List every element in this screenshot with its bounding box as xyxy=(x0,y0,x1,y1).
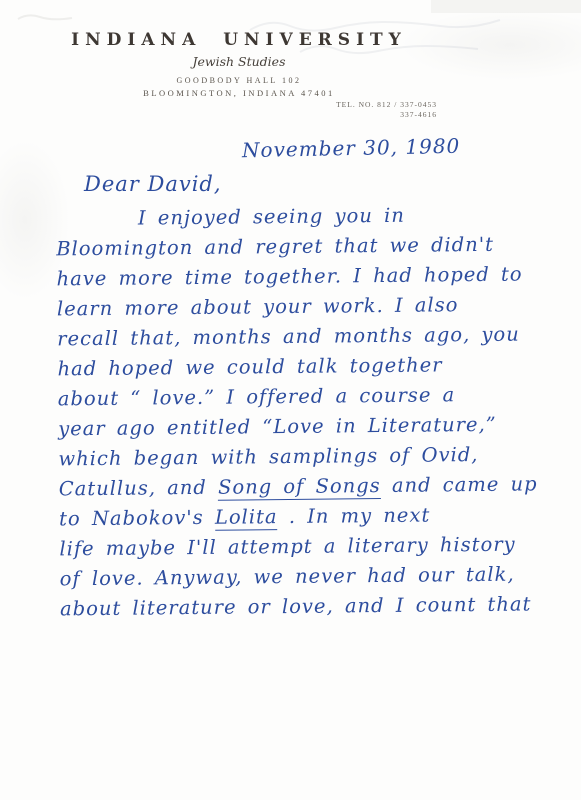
letter-scan-page: INDIANA UNIVERSITY Jewish Studies GOODBO… xyxy=(0,0,581,800)
department-name: Jewish Studies xyxy=(0,54,478,69)
phone-block: TEL. NO. 812 / 337-0453 337-4616 xyxy=(336,100,437,120)
underlined-title-lolita: Lolita xyxy=(215,505,278,531)
letter-line: of love. Anyway, we never had our talk, xyxy=(60,560,520,595)
letter-line: about “ love.” I offered a course a xyxy=(58,380,518,415)
letter-line: recall that, months and months ago, you xyxy=(57,320,517,355)
pencil-mark xyxy=(16,10,76,26)
phone-line-2: 337-4616 xyxy=(336,110,437,120)
institution-name: INDIANA UNIVERSITY xyxy=(0,30,478,50)
letter-line: have more time together. I had hoped to xyxy=(56,260,516,295)
letter-line: I enjoyed seeing you in xyxy=(56,200,516,235)
address-city: BLOOMINGTON, INDIANA 47401 xyxy=(0,88,478,98)
letterhead: INDIANA UNIVERSITY Jewish Studies GOODBO… xyxy=(0,30,478,98)
letter-line: had hoped we could talk together xyxy=(57,350,517,385)
letter-body: I enjoyed seeing you in Bloomington and … xyxy=(56,200,520,625)
phone-line-1: TEL. NO. 812 / 337-0453 xyxy=(336,100,437,110)
letter-line: to Nabokov's Lolita . In my next xyxy=(59,500,519,535)
address-hall: GOODBODY HALL 102 xyxy=(0,76,478,85)
letter-line: Bloomington and regret that we didn't xyxy=(56,230,516,265)
letter-line: life maybe I'll attempt a literary histo… xyxy=(59,530,519,565)
letter-date: November 30, 1980 xyxy=(242,134,461,163)
underlined-title-song-of-songs: Song of Songs xyxy=(218,474,381,501)
letter-line: which began with samplings of Ovid, xyxy=(58,440,518,475)
salutation: Dear David, xyxy=(84,172,222,196)
letter-line: learn more about your work. I also xyxy=(57,290,517,325)
letter-line: Catullus, and Song of Songs and came up xyxy=(59,470,519,505)
letter-line: year ago entitled “Love in Literature,” xyxy=(58,410,518,445)
letter-line: about literature or love, and I count th… xyxy=(60,590,520,625)
